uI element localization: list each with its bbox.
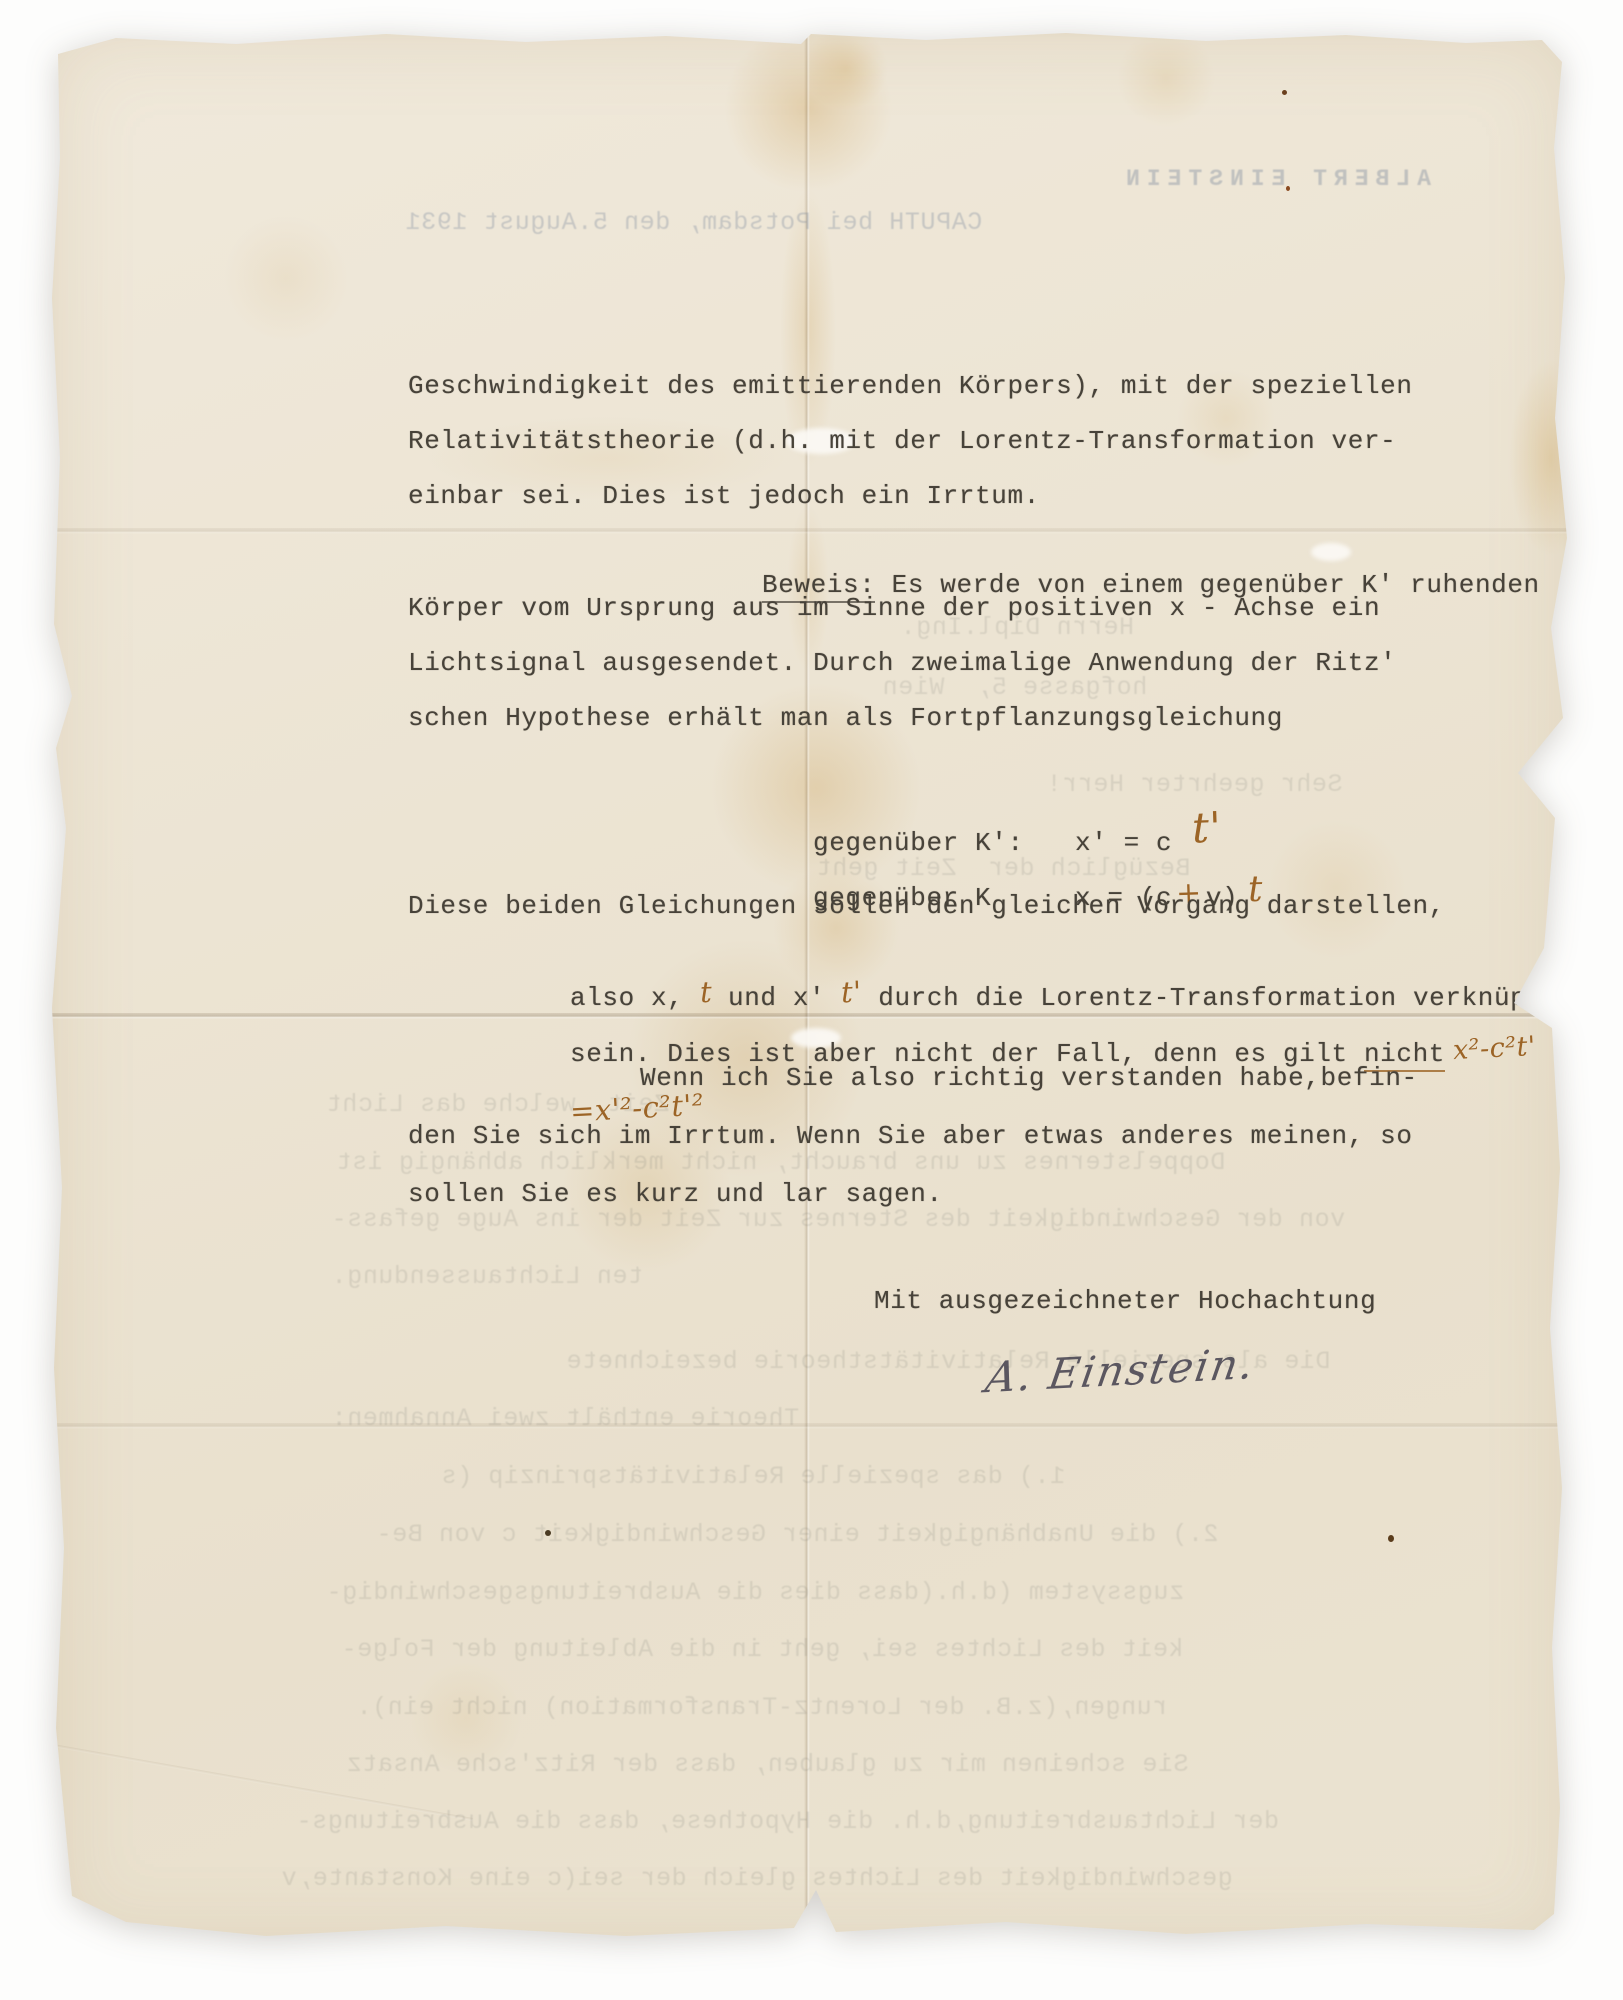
typed-line: Körper vom Ursprung aus im Sinne der pos… xyxy=(408,592,1380,624)
paper-shadow: ALBERT EINSTEIN CAPUTH bei Potsdam, den … xyxy=(0,0,1623,2000)
typed-segment: Wenn ich Sie also richtig verstanden hab… xyxy=(640,1062,1418,1094)
typed-line: Geschwindigkeit des emittierenden Körper… xyxy=(408,370,1413,402)
handwritten-formula-1: x²-c²t' xyxy=(1452,1031,1536,1067)
typed-line: Relativitätstheorie (d.h. mit der Lorent… xyxy=(408,425,1396,457)
typed-line: Lichtsignal ausgesendet. Durch zweimalig… xyxy=(408,647,1396,679)
handwritten-t-prime: t' xyxy=(1192,811,1223,844)
typed-line: sollen Sie es kurz und lar sagen. xyxy=(408,1178,943,1210)
typed-line: schen Hypothese erhält man als Fortpflan… xyxy=(408,702,1283,734)
typed-line: einbar sei. Dies ist jedoch ein Irrtum. xyxy=(408,480,1040,512)
handwritten-t-prime: t' xyxy=(841,976,863,1009)
typed-line: den Sie sich im Irrtum. Wenn Sie aber et… xyxy=(408,1120,1413,1152)
typed-text-layer: Geschwindigkeit des emittierenden Körper… xyxy=(46,28,1576,1954)
typed-line: Diese beiden Gleichungen sollen den glei… xyxy=(408,890,1445,922)
closing-line: Mit ausgezeichneter Hochachtung xyxy=(874,1285,1376,1317)
letter-paper: ALBERT EINSTEIN CAPUTH bei Potsdam, den … xyxy=(46,28,1576,1954)
handwritten-t: t xyxy=(699,976,712,1008)
letter-photo: ALBERT EINSTEIN CAPUTH bei Potsdam, den … xyxy=(0,0,1623,2000)
